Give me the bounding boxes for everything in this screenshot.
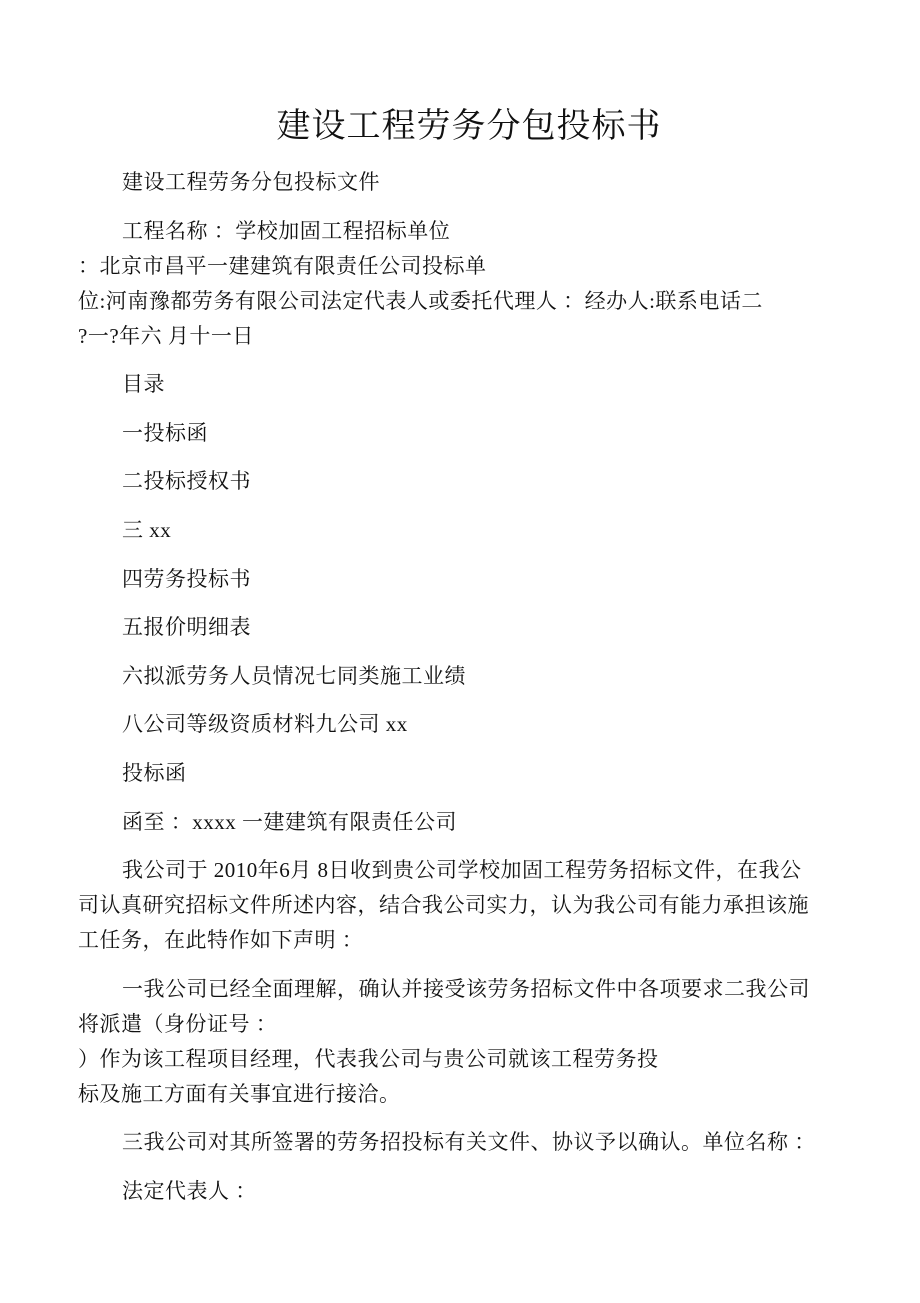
paragraph: 建设工程劳务分包投标文件 [78,165,860,200]
paragraph: 函至 ：xxxx 一建建筑有限责任公司 [78,805,860,840]
text-line: 将派遣（身份证号 ： [78,1007,860,1042]
paragraph: 八公司等级资质材料九公司 xx [78,707,860,742]
text-line: ）作为该工程项目经理，代表我公司与贵公司就该工程劳务投 [78,1042,860,1077]
paragraph: 六拟派劳务人员情况七同类施工业绩 [78,659,860,694]
text-line: ?一?年六 月十一日 [78,319,860,354]
paragraph: 法定代表人 ： [78,1174,860,1209]
document-title: 建设工程劳务分包投标书 [78,103,860,151]
text-line: 建设工程劳务分包投标文件 [78,165,860,200]
text-line: 四劳务投标书 [78,562,860,597]
paragraph: 二投标授权书 [78,464,860,499]
text-line: 司认真研究招标文件所述内容，结合我公司实力，认为我公司有能力承担该施 [78,888,860,923]
paragraph: 一我公司已经全面理解，确认并接受该劳务招标文件中各项要求二我公司将派遣（身份证号… [78,972,860,1112]
text-line: 一我公司已经全面理解，确认并接受该劳务招标文件中各项要求二我公司 [78,972,860,1007]
text-line: 三 xx [78,513,860,548]
text-line: 投标函 [78,756,860,791]
paragraph: 三 xx [78,513,860,548]
document-page: 建设工程劳务分包投标书 建设工程劳务分包投标文件工程名称 ：学校加固工程招标单位… [0,0,920,1303]
text-line: 三我公司对其所签署的劳务招投标有关文件、协议予以确认。单位名称 ： [78,1125,860,1160]
text-line: 位:河南豫都劳务有限公司法定代表人或委托代理人 ：经办人:联系电话二 [78,284,860,319]
paragraph: 三我公司对其所签署的劳务招投标有关文件、协议予以确认。单位名称 ： [78,1125,860,1160]
text-line: 标及施工方面有关事宜进行接洽。 [78,1077,860,1112]
text-line: 目录 [78,367,860,402]
text-line: 一投标函 [78,416,860,451]
paragraph: 工程名称 ：学校加固工程招标单位：北京市昌平一建建筑有限责任公司投标单位:河南豫… [78,214,860,354]
paragraph: 投标函 [78,756,860,791]
document-body: 建设工程劳务分包投标文件工程名称 ：学校加固工程招标单位：北京市昌平一建建筑有限… [78,165,860,1209]
text-line: 工程名称 ：学校加固工程招标单位 [78,214,860,249]
text-line: 八公司等级资质材料九公司 xx [78,707,860,742]
paragraph: 目录 [78,367,860,402]
text-line: 函至 ：xxxx 一建建筑有限责任公司 [78,805,860,840]
text-line: 二投标授权书 [78,464,860,499]
text-line: 工任务，在此特作如下声明 ： [78,923,860,958]
text-line: 我公司于 2010年6月 8日收到贵公司学校加固工程劳务招标文件，在我公 [78,853,860,888]
paragraph: 五报价明细表 [78,610,860,645]
paragraph: 一投标函 [78,416,860,451]
text-line: 五报价明细表 [78,610,860,645]
text-line: 六拟派劳务人员情况七同类施工业绩 [78,659,860,694]
text-line: ：北京市昌平一建建筑有限责任公司投标单 [78,249,860,284]
paragraph: 四劳务投标书 [78,562,860,597]
text-line: 法定代表人 ： [78,1174,860,1209]
paragraph: 我公司于 2010年6月 8日收到贵公司学校加固工程劳务招标文件，在我公司认真研… [78,853,860,958]
